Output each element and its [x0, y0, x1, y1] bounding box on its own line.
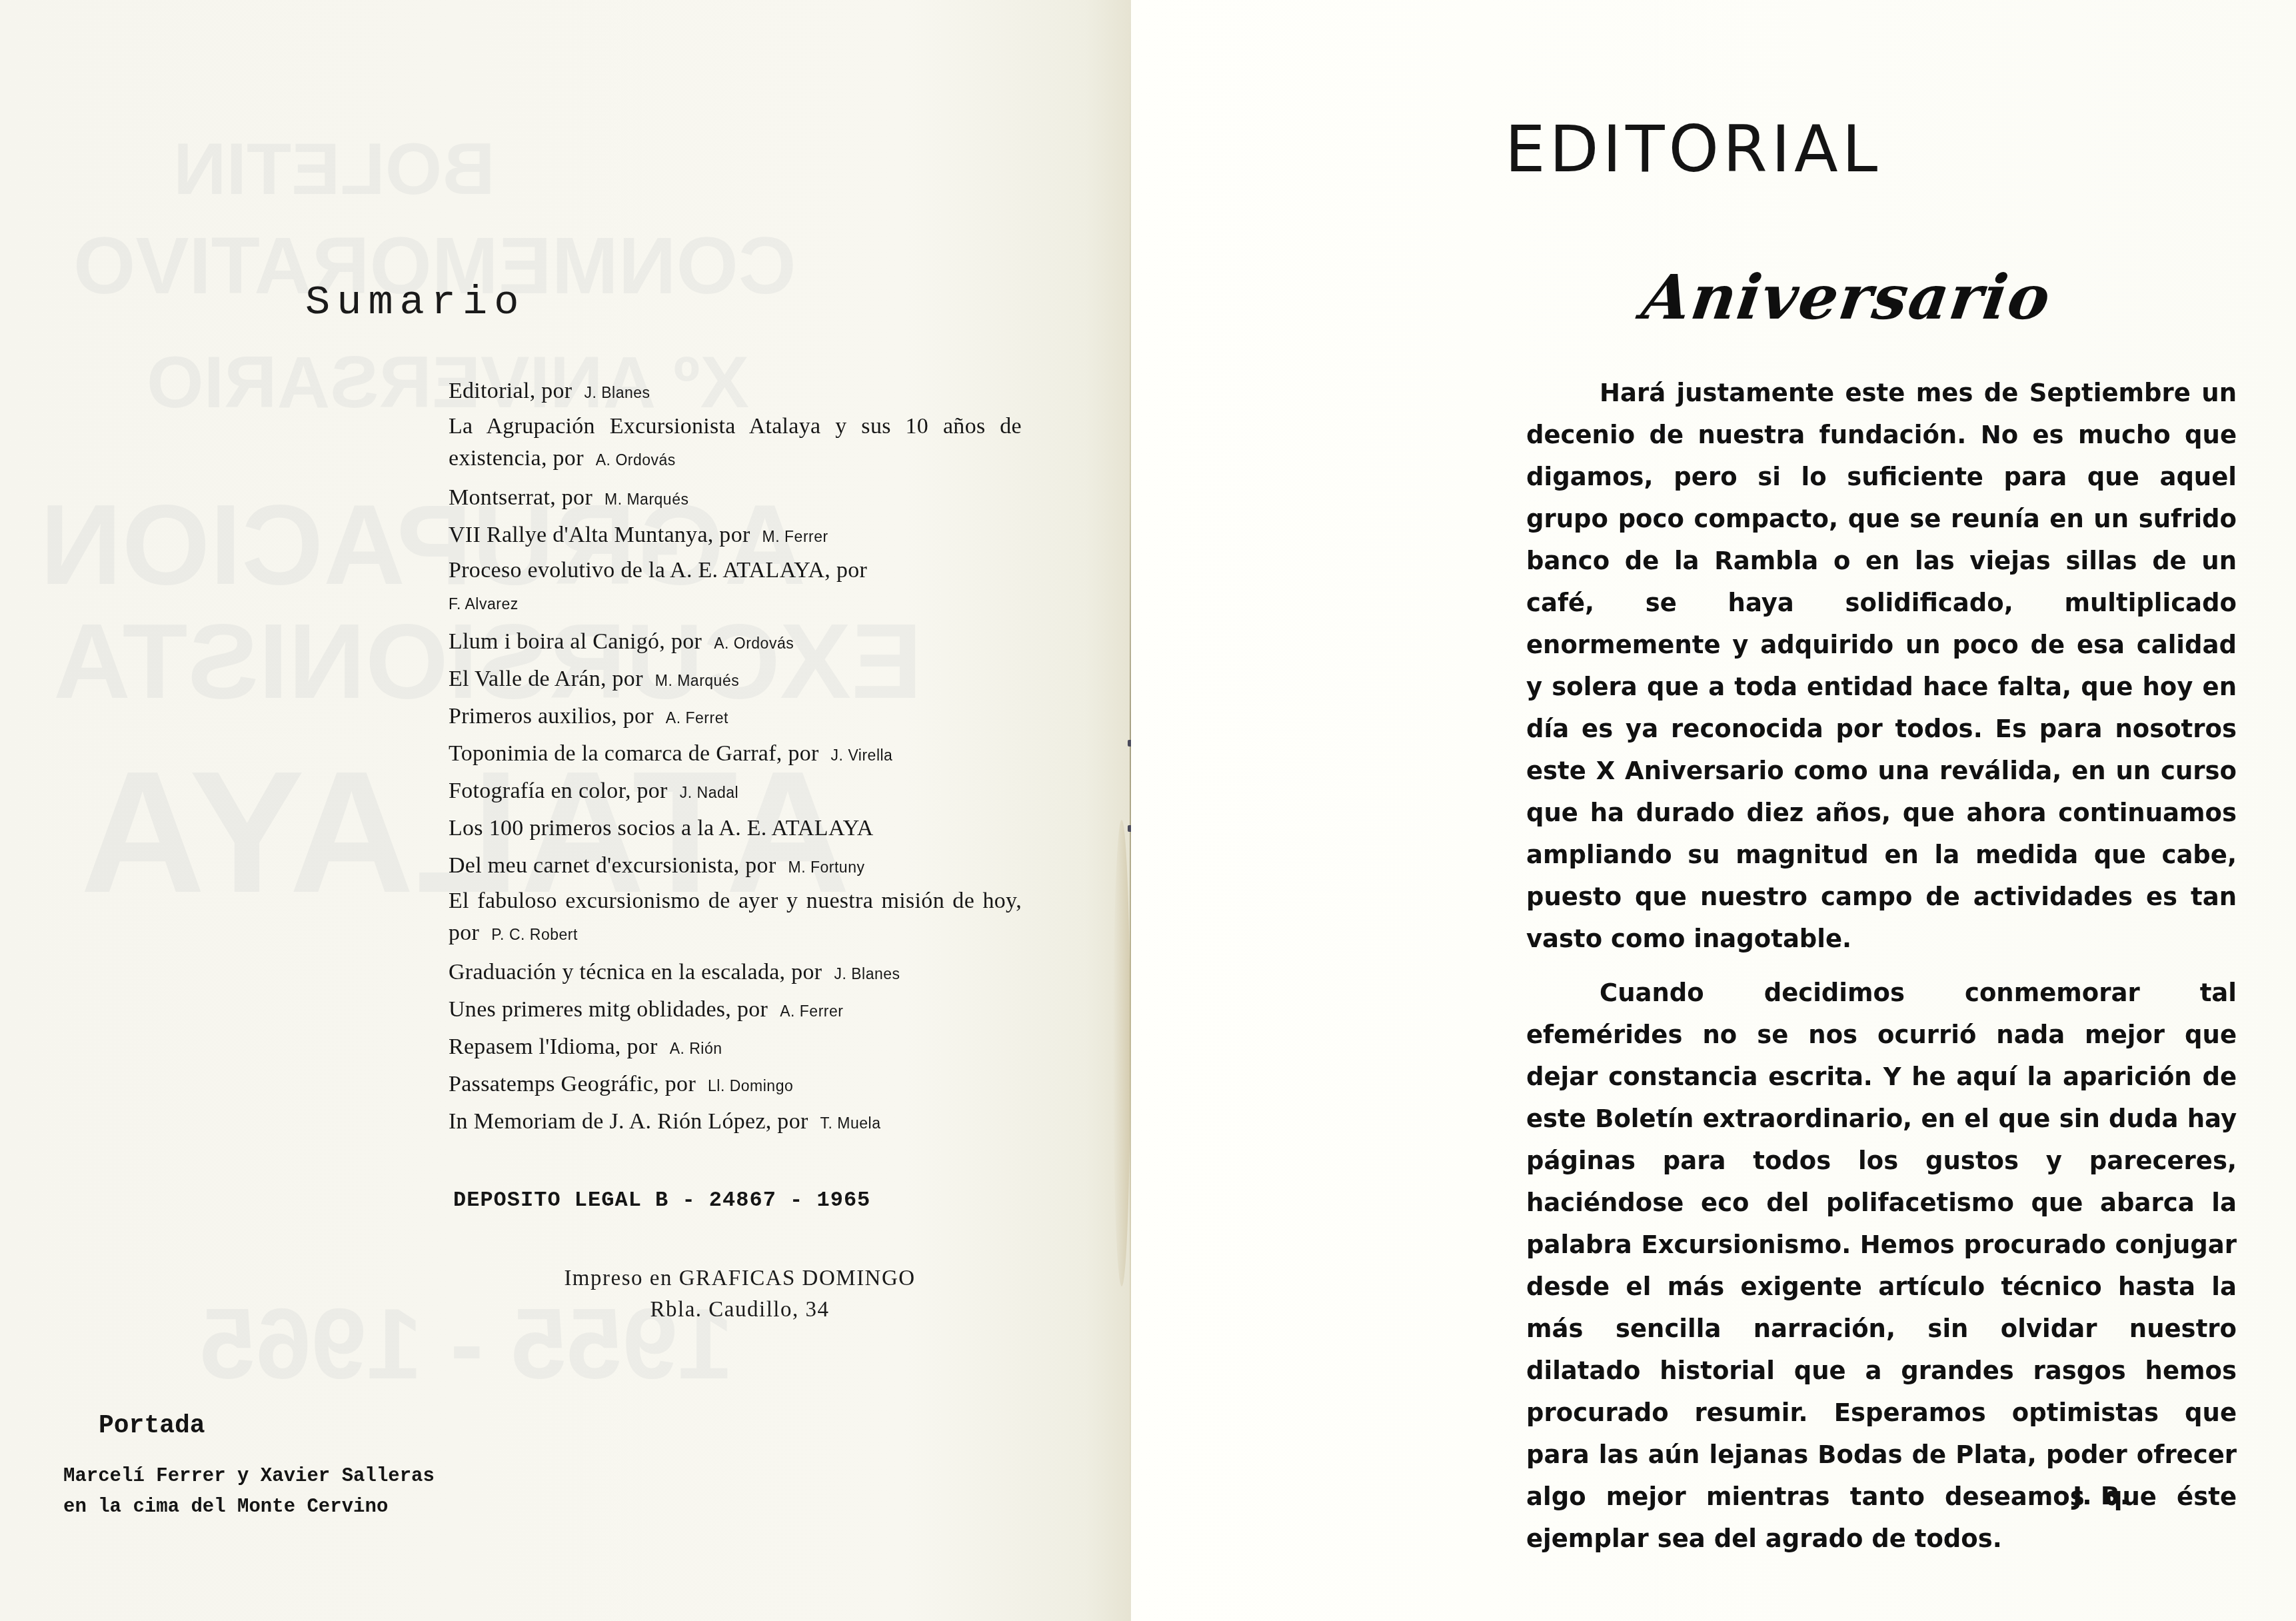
table-of-contents: Editorial, porJ. Blanes La Agrupación Ex…: [449, 373, 1022, 1141]
paragraph-text: Hará justamente este mes de Septiembre u…: [1526, 379, 2237, 953]
toc-title: Repasem l'Idioma, por: [449, 1034, 658, 1059]
toc-title: Editorial, por: [449, 379, 573, 403]
toc-author: Ll. Domingo: [708, 1077, 793, 1094]
toc-entry[interactable]: Repasem l'Idioma, porA. Rión: [449, 1029, 1022, 1066]
cover-caption: Marcelí Ferrer y Xavier Salleras en la c…: [63, 1461, 435, 1522]
toc-author: F. Alvarez: [449, 595, 519, 613]
toc-author: M. Fortuny: [788, 858, 865, 876]
toc-author: A. Rión: [670, 1040, 722, 1057]
toc-title: VII Rallye d'Alta Muntanya, por: [449, 523, 750, 547]
summary-title: Sumario: [305, 279, 525, 326]
paragraph-text: Cuando decidimos conmemorar tal efemérid…: [1526, 978, 2237, 1553]
toc-author: M. Marqués: [604, 491, 688, 508]
toc-author: M. Marqués: [655, 672, 739, 689]
author-signature: J. B.: [2073, 1481, 2129, 1510]
toc-entry[interactable]: Proceso evolutivo de la A. E. ATALAYA, p…: [449, 555, 1022, 620]
magazine-spread: BOLETIN CONMEMORATIVO Xº ANIVERSARIO AGR…: [0, 0, 2296, 1621]
toc-entry[interactable]: Toponimia de la comarca de Garraf, porJ.…: [449, 736, 1022, 773]
legal-deposit: DEPOSITO LEGAL B - 24867 - 1965: [453, 1188, 870, 1212]
cover-caption-line: en la cima del Monte Cervino: [63, 1492, 435, 1522]
paragraph: Cuando decidimos conmemorar tal efemérid…: [1526, 972, 2237, 1560]
toc-title: Llum i boira al Canigó, por: [449, 629, 702, 654]
toc-entry[interactable]: Llum i boira al Canigó, porA. Ordovás: [449, 624, 1022, 661]
left-page: BOLETIN CONMEMORATIVO Xº ANIVERSARIO AGR…: [0, 0, 1131, 1621]
toc-author: A. Ordovás: [714, 635, 794, 652]
editorial-body: Hará justamente este mes de Septiembre u…: [1526, 372, 2237, 1560]
toc-title: Toponimia de la comarca de Garraf, por: [449, 741, 819, 766]
toc-entry[interactable]: Fotografía en color, porJ. Nadal: [449, 773, 1022, 810]
toc-entry[interactable]: VII Rallye d'Alta Muntanya, porM. Ferrer: [449, 517, 1022, 555]
paragraph: Hará justamente este mes de Septiembre u…: [1526, 372, 2237, 960]
toc-author: J. Blanes: [584, 384, 650, 401]
toc-author: A. Ferret: [666, 709, 728, 727]
toc-title: Fotografía en color, por: [449, 779, 668, 803]
toc-title: Los 100 primeros socios a la A. E. ATALA…: [449, 816, 874, 840]
toc-author: J. Nadal: [680, 784, 738, 801]
toc-entry[interactable]: El Valle de Arán, porM. Marqués: [449, 661, 1022, 699]
cover-label: Portada: [99, 1412, 205, 1440]
toc-entry[interactable]: Unes primeres mitg oblidades, porA. Ferr…: [449, 992, 1022, 1029]
printer-name: Impreso en GRAFICAS DOMINGO: [527, 1263, 953, 1294]
toc-title: Graduación y técnica en la escalada, por: [449, 960, 822, 984]
toc-entry[interactable]: Los 100 primeros socios a la A. E. ATALA…: [449, 810, 1022, 848]
toc-title: El Valle de Arán, por: [449, 667, 643, 691]
gutter-stain: [1113, 820, 1130, 1286]
printer-info: Impreso en GRAFICAS DOMINGO Rbla. Caudil…: [527, 1263, 953, 1326]
section-heading: EDITORIAL: [1505, 112, 1881, 187]
toc-author: A. Ordovás: [596, 451, 676, 469]
toc-title: Passatemps Geográfic, por: [449, 1072, 696, 1096]
toc-entry[interactable]: Editorial, porJ. Blanes: [449, 373, 1022, 411]
cover-caption-line: Marcelí Ferrer y Xavier Salleras: [63, 1461, 435, 1492]
toc-title: Primeros auxilios, por: [449, 704, 654, 729]
article-title: Aniversario: [1638, 261, 2055, 333]
toc-title: La Agrupación Excursionista Atalaya y su…: [449, 414, 1022, 471]
toc-author: M. Ferrer: [762, 528, 828, 545]
toc-entry[interactable]: In Memoriam de J. A. Rión López, porT. M…: [449, 1104, 1022, 1141]
toc-title: Montserrat, por: [449, 485, 592, 510]
toc-entry[interactable]: Passatemps Geográfic, porLl. Domingo: [449, 1066, 1022, 1104]
toc-author: J. Blanes: [834, 965, 900, 982]
toc-entry[interactable]: Montserrat, porM. Marqués: [449, 480, 1022, 517]
toc-title: Proceso evolutivo de la A. E. ATALAYA, p…: [449, 558, 867, 583]
toc-entry[interactable]: Del meu carnet d'excursionista, porM. Fo…: [449, 848, 1022, 885]
toc-entry[interactable]: Primeros auxilios, porA. Ferret: [449, 699, 1022, 736]
toc-author: A. Ferrer: [780, 1002, 843, 1020]
toc-entry[interactable]: El fabuloso excursionismo de ayer y nues…: [449, 885, 1022, 950]
ghost-text: BOLETIN: [173, 127, 495, 211]
toc-title: In Memoriam de J. A. Rión López, por: [449, 1109, 808, 1134]
toc-title: Del meu carnet d'excursionista, por: [449, 853, 776, 878]
toc-author: P. C. Robert: [491, 926, 578, 943]
printer-address: Rbla. Caudillo, 34: [527, 1294, 953, 1326]
toc-author: T. Muela: [820, 1114, 881, 1132]
toc-entry[interactable]: La Agrupación Excursionista Atalaya y su…: [449, 411, 1022, 476]
toc-title: Unes primeres mitg oblidades, por: [449, 997, 768, 1022]
toc-entry[interactable]: Graduación y técnica en la escalada, por…: [449, 954, 1022, 992]
toc-author: J. Virella: [831, 747, 893, 764]
